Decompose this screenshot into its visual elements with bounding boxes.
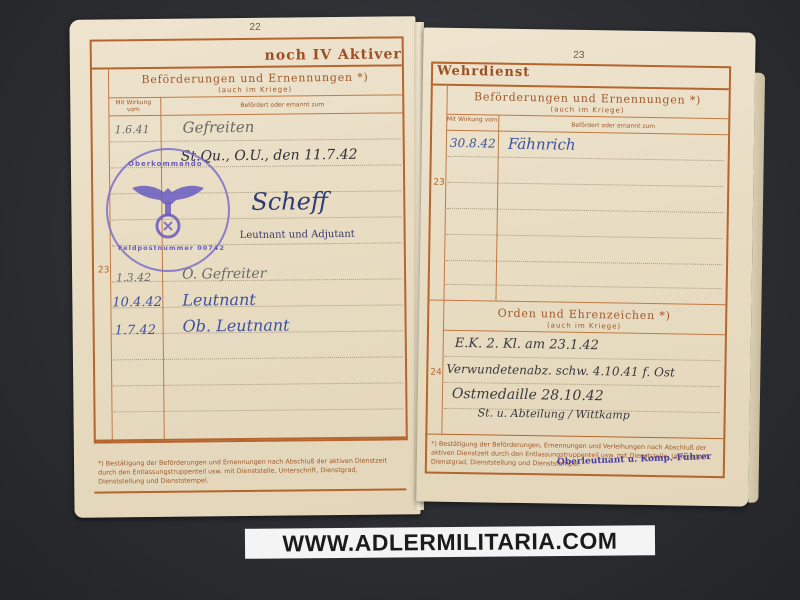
col-date-header: Mit Wirkung vom <box>108 99 158 114</box>
page-number: 22 <box>249 22 260 33</box>
entry-date: 1.3.42 <box>116 271 151 284</box>
entry-rank: Ob. Leutnant <box>183 316 290 336</box>
left-page: 22 noch IV Aktiver Beförderungen und Ern… <box>69 16 420 518</box>
entry-date: 1.7.42 <box>115 323 157 338</box>
award-entry: E.K. 2. Kl. am 23.1.42 <box>455 336 599 353</box>
signatory-title: Leutnant und Adjutant <box>240 229 355 241</box>
right-page: 23 Wehrdienst Beförderungen und Ernennun… <box>416 27 755 506</box>
footnote: *) Bestätigung der Beförderungen und Ern… <box>98 456 404 486</box>
header-title: Wehrdienst <box>437 64 530 80</box>
col-date-header: Mit Wirkung vom <box>446 116 498 124</box>
entry-rank: Leutnant <box>182 290 256 310</box>
entry-date: 10.4.42 <box>112 295 162 311</box>
entry-date: 1.6.41 <box>114 123 149 136</box>
eagle-emblem-icon <box>128 178 208 242</box>
stamp-top-text: Oberkommando <box>128 160 203 168</box>
entry-rank: Gefreiten <box>182 118 254 137</box>
watermark-url: WWW.ADLERMILITARIA.COM <box>245 525 655 559</box>
wehrpass-booklet: 22 noch IV Aktiver Beförderungen und Ern… <box>0 0 800 600</box>
award-signature[interactable]: St. u. Abteilung / Wittkamp <box>478 406 630 421</box>
entry-rank: Fähnrich <box>508 135 576 154</box>
row-marker: 23 <box>433 178 445 188</box>
row-marker: 23 <box>98 265 110 275</box>
row-marker: 24 <box>430 368 442 378</box>
award-entry: Ostmedaille 28.10.42 <box>452 386 604 404</box>
signature[interactable]: Scheff <box>251 187 328 216</box>
entry-rank: O. Gefreiter <box>182 266 266 283</box>
header-title: noch IV Aktiver <box>265 46 402 63</box>
entry-date: 30.8.42 <box>450 136 496 151</box>
page-number: 23 <box>573 50 584 61</box>
stamp-bottom-text: Feldpostnummer 00742 <box>118 244 225 252</box>
